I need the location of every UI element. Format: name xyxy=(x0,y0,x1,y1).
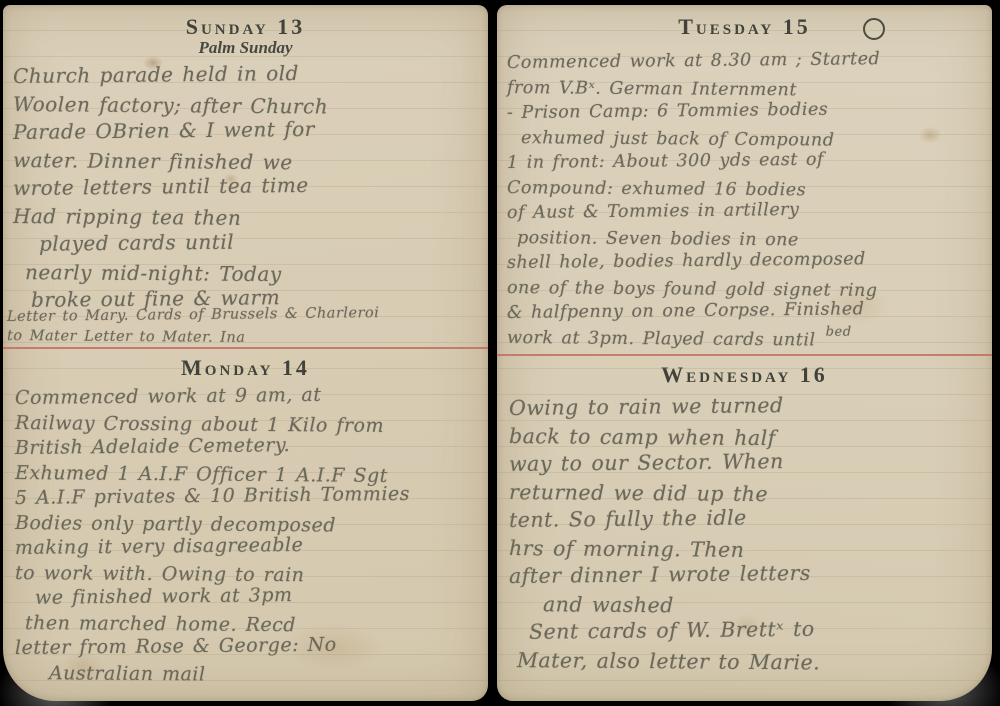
handwriting-line: tent. So fully the idle xyxy=(509,501,982,534)
monday-entry: Commenced work at 9 am, at Railway Cross… xyxy=(15,386,478,686)
full-moon-icon xyxy=(863,18,885,40)
handwriting-line: way to our Sector. When xyxy=(509,445,982,478)
day-subheader-palm-sunday: Palm Sunday xyxy=(3,38,488,58)
handwriting-line: Australian mail xyxy=(15,661,478,690)
handwriting-line: after dinner I wrote letters xyxy=(509,557,982,590)
handwriting-line: Owing to rain we turned xyxy=(509,389,982,422)
tuesday-entry: Commenced work at 8.30 am ; Started from… xyxy=(507,51,984,352)
handwriting-line: of Aust & Tommies in artillery xyxy=(507,196,984,226)
handwriting-line: 1 in front: About 300 yds east of xyxy=(507,146,984,176)
handwriting-line: Mater, also letter to Marie. xyxy=(509,646,982,678)
handwriting-line: Letter to Mary. Cards of Brussels & Char… xyxy=(7,303,480,327)
handwriting-line: 5 A.I.F privates & 10 British Tommies xyxy=(15,481,478,511)
handwriting-line: Sent cards of W. Brettˣ to xyxy=(509,613,982,646)
sunday-note-lines: Letter to Mary. Cards of Brussels & Char… xyxy=(7,308,480,346)
inserted-word: bed xyxy=(826,320,852,345)
handwriting-line: making it very disagreeable xyxy=(15,531,478,561)
handwriting-line: Commenced work at 8.30 am ; Started xyxy=(507,46,984,76)
handwriting-line: we finished work at 3pm xyxy=(15,581,478,611)
sunday-entry: Church parade held in old Woolen factory… xyxy=(13,62,476,314)
day-header-wednesday: Wednesday 16 xyxy=(497,362,992,388)
day-header-sunday: Sunday 13 xyxy=(3,14,488,40)
handwriting-line: played cards until xyxy=(13,225,476,258)
day-header-monday: Monday 14 xyxy=(3,355,488,381)
handwriting-line: & halfpenny on one Corpse. Finished xyxy=(507,296,984,326)
handwriting-line-with-insertion: work at 3pm. Played cards until bed xyxy=(507,326,984,356)
day-header-tuesday: Tuesday 15 xyxy=(497,14,992,40)
red-divider-line xyxy=(497,354,992,356)
diary-page-right: Tuesday 15 Commenced work at 8.30 am ; S… xyxy=(497,5,992,701)
handwriting-line: shell hole, bodies hardly decomposed xyxy=(507,246,984,276)
handwriting-line: Church parade held in old xyxy=(13,57,476,90)
handwriting-line: British Adelaide Cemetery. xyxy=(15,431,478,461)
closing-line-text: work at 3pm. Played cards until xyxy=(507,328,816,350)
handwriting-line: Commenced work at 9 am, at xyxy=(15,381,478,411)
handwriting-line: - Prison Camp: 6 Tommies bodies xyxy=(507,96,984,126)
diary-page-left: Sunday 13 Palm Sunday Church parade held… xyxy=(3,5,488,701)
handwriting-line: letter from Rose & George: No xyxy=(15,631,478,661)
handwriting-line: wrote letters until tea time xyxy=(13,169,476,202)
wednesday-entry: Owing to rain we turned back to camp whe… xyxy=(509,394,982,674)
red-divider-line xyxy=(3,347,488,349)
handwriting-line: Parade OBrien & I went for xyxy=(13,113,476,146)
